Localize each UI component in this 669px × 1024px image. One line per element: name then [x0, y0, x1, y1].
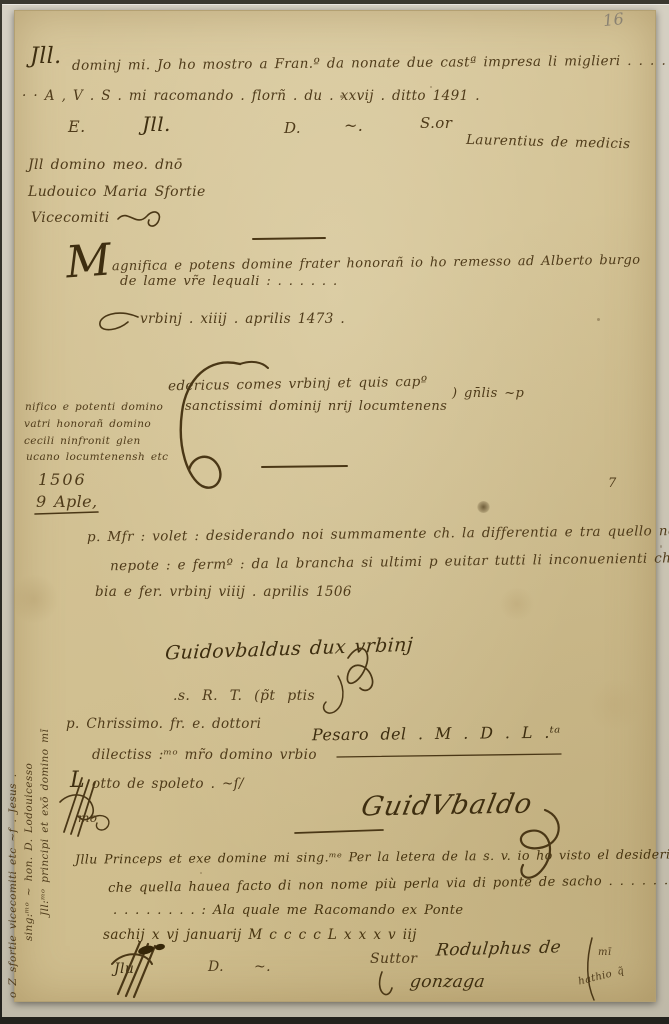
letter1473-initial: M	[65, 238, 113, 285]
archive-date: 9 Aple,	[36, 494, 98, 510]
medici-sub-sor: S.or	[420, 116, 452, 131]
pesaro-line1: p. Chrissimo. fr. e. dottori	[66, 718, 261, 732]
medici-sub-e: E.	[68, 119, 86, 135]
letter1473-line2: de lame vr̃e lequali : . . . . . .	[120, 275, 338, 288]
rotated-margin-line2: sing:ᵐᵒ ~ hon. D. Lodouicesso	[24, 763, 35, 941]
gonzaga-signature-name2: gonzaga	[409, 974, 486, 991]
gonzaga-sub-d: D.	[208, 960, 224, 974]
federico-margin-note-4: ucano locumtenensh etc	[26, 452, 168, 463]
pesaro-mo-note: mo	[78, 812, 97, 824]
gonzaga-sub-tilde: ~.	[254, 960, 271, 974]
medici-line1-initial: Jll.	[30, 46, 62, 68]
gonzaga-line3: . . . . . . . . : Ala quale me Racomando…	[113, 904, 463, 917]
federico-line2: sanctissimi dominij nrij locumtenens	[185, 400, 447, 413]
gonzaga-manu-note1: mī	[598, 948, 611, 958]
rotated-margin-line3: o Z sfortie vicecomiti etc ~f . Jesus .	[8, 774, 19, 998]
letter1473-dateline: vrbinj . xiiij . aprilis 1473 .	[140, 313, 345, 327]
gonzaga-line4: sachij x vj januarij M c c c c L x x x v…	[103, 929, 417, 943]
federico-margin-note-3: cecili ninfronit glen	[24, 436, 141, 447]
archive-year: 1506	[38, 472, 87, 488]
pesaro-line2: dilectiss :ᵐᵒ mr̃o domino vrbio	[92, 749, 317, 763]
pesaro-line3-initial: L	[70, 770, 85, 792]
medici-sub-d: D.	[284, 121, 301, 136]
medici-sub-jll: Jll.	[142, 114, 171, 134]
guidobaldo-line3: bia e fer. vrbinj viiij . aprilis 1506	[95, 586, 352, 600]
sforza-address-line3: Vicecomiti	[31, 211, 110, 225]
guidobaldo-srt-line: .s. R. T. (p̃t ptis	[173, 689, 315, 703]
medici-sub-tilde: ~.	[344, 118, 363, 134]
sforza-address-line2: Ludouico Maria Sfortie	[28, 185, 206, 199]
medici-line2: · · A , V . S . mi racomando . florñ . d…	[22, 90, 480, 104]
guidubaldo-autograph-signature: GuidVbaldo	[359, 791, 535, 821]
federico-margin-note-2: vatri honorañ domino	[24, 419, 151, 430]
pesaro-line3: otto de spoleto . ~ſ/	[92, 778, 244, 792]
federico-line1b: ) gn̄lis ~p	[452, 387, 524, 400]
gonzaga-signature-name1: Rodulphus de	[435, 939, 562, 959]
folio-number: 16	[602, 11, 625, 29]
federico-margin-note-1: nifico e potenti domino	[25, 402, 163, 413]
gonzaga-sub-jlu: Jlu	[114, 962, 134, 976]
archive-mark: 7	[608, 477, 617, 490]
rotated-margin-line1: Jll:ᵐᵒ principi et exō domino mī	[40, 729, 51, 916]
pesaro-dateline: Pesaro del . M . D . L .ᵗᵃ	[312, 725, 561, 744]
sforza-address-line1: Jll domino meo. dnō	[28, 158, 183, 172]
gonzaga-suttor: Suttor	[370, 952, 417, 966]
